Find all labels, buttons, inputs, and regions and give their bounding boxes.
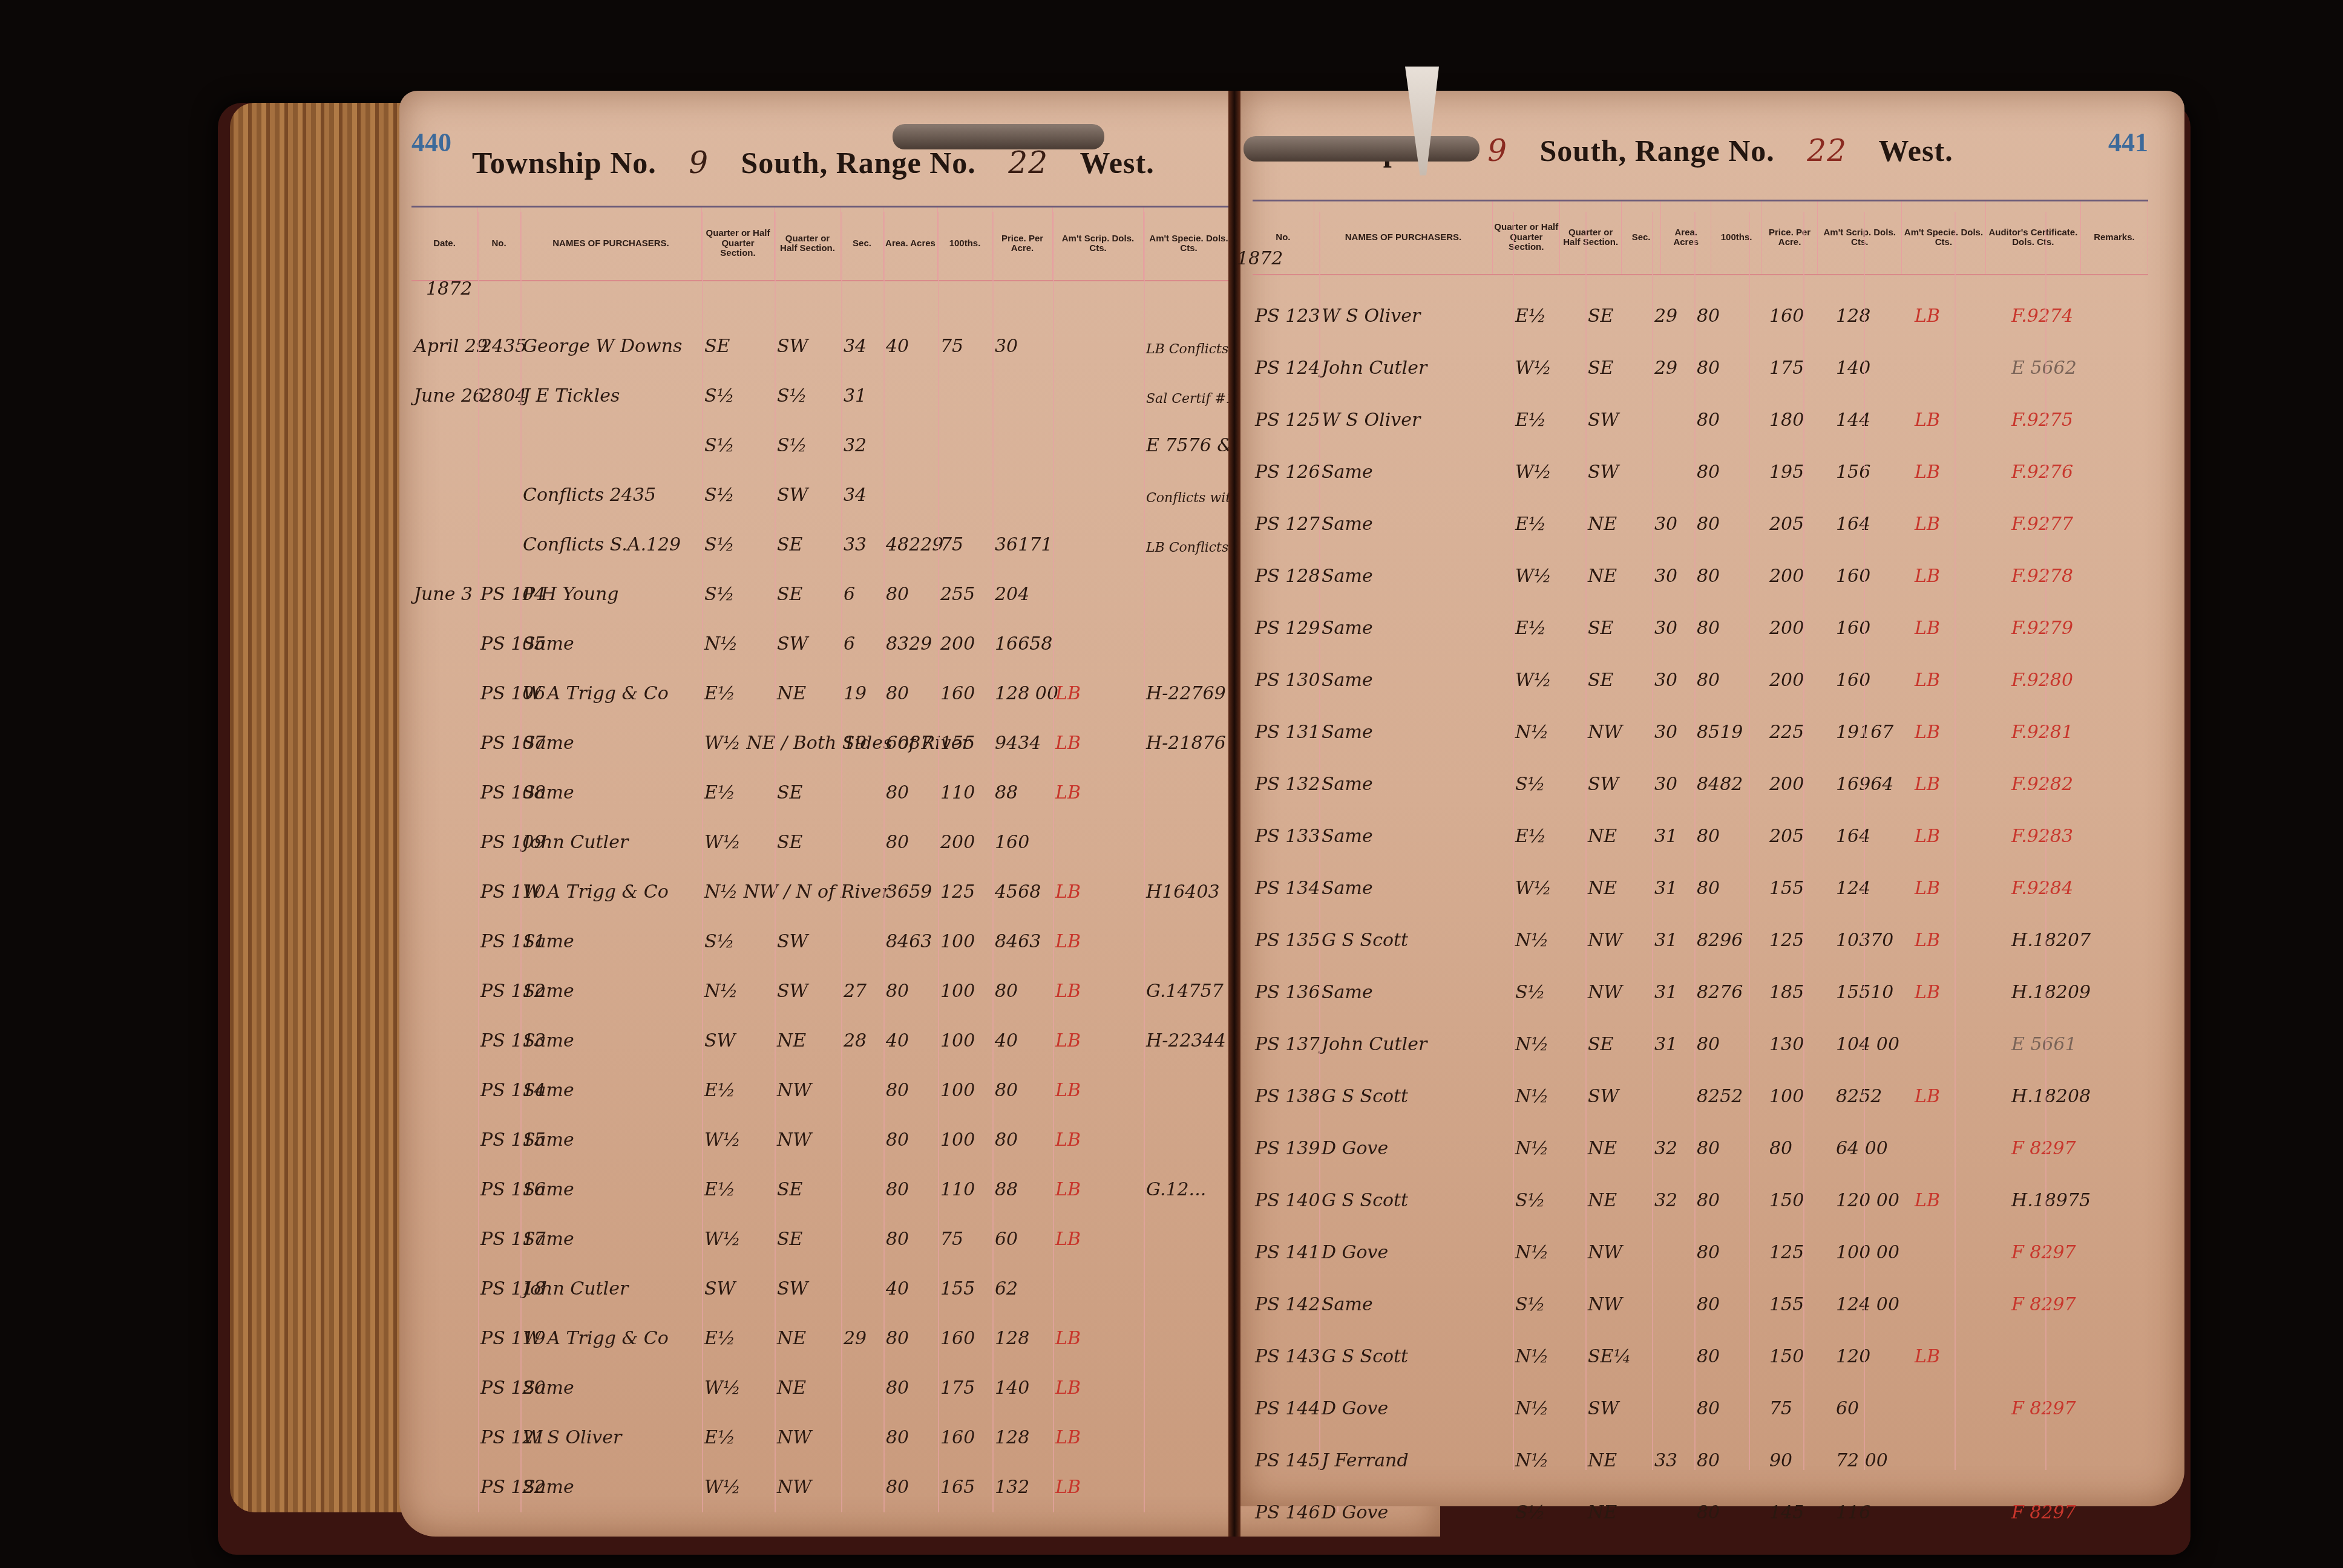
cell-name: D Gove [1319,1242,1513,1263]
cell-qq: S½ [702,534,775,555]
ledger-row: PS 145J FerrandN½NE33809072 00 [1253,1423,2130,1471]
cell-no: PS 135 [1253,930,1319,951]
cell-name: Same [1319,462,1513,483]
cell-name: Same [1319,878,1513,899]
cell-q: NW [1585,722,1652,743]
cell-specie: LB [1912,566,2009,587]
cell-no: PS 144 [1253,1398,1319,1419]
cell-price: 200 [1767,670,1833,691]
cell-no: PS 145 [1253,1450,1319,1471]
column-rule [992,212,994,1512]
cell-acres: 80 [1694,1346,1767,1367]
cell-price: 125 [938,881,992,903]
cell-no: PS 107 [478,733,520,754]
cell-remarks: F 8297 [2009,1138,2130,1159]
cell-specie: LB [1912,930,2009,951]
cell-qq: E½ [1513,618,1585,639]
column-rule [702,212,703,1512]
range-value: 22 [1008,145,1048,180]
cell-qq: W½ [702,1377,775,1399]
column-header: Sec. [841,207,883,280]
cell-qq: N½ [702,633,775,655]
cell-no: PS 133 [1253,826,1319,847]
cell-sec: 6 [841,633,883,655]
cell-sec: 28 [841,1030,883,1051]
cell-q: SE [775,534,841,555]
cell-q: NE [1585,1502,1652,1523]
ledger-row: PS 146D GoveS½NE80145116F 8297 [1253,1475,2130,1523]
cell-qq: SE [702,336,775,357]
column-header: Area. Acres [1661,201,1711,274]
cell-specie: LB [1912,982,2009,1003]
column-rule [1864,212,1865,1470]
cell-q: S½ [775,435,841,456]
cell-scrip: 144 [1833,410,1912,431]
cell-specie: LB [1912,826,2009,847]
page-edges-left [230,103,411,1512]
ribbon-bookmark-left [893,124,1104,149]
cell-sec: 19 [841,733,883,754]
cell-price: 100 [1767,1086,1833,1107]
ledger-row: PS 139D GoveN½NE32808064 00F 8297 [1253,1111,2130,1159]
cell-acres: 80 [883,1080,938,1101]
cell-q: SW [1585,1398,1652,1419]
township-value: 9 [1487,133,1507,168]
cell-name: Same [1319,1294,1513,1315]
right-page: 441 Township No. 9 South, Range No. 22 W… [1240,91,2184,1506]
cell-qq: S½ [1513,1190,1585,1211]
cell-sec: 31 [1652,878,1694,899]
cell-name: W S Oliver [1319,410,1513,431]
cell-qq: S½ [1513,1294,1585,1315]
cell-q: NE [1585,514,1652,535]
cell-scrip: 128 00 [992,683,1053,704]
cell-scrip: 128 [1833,305,1912,327]
cell-scrip: 60 [1833,1398,1912,1419]
column-rule [1749,212,1750,1470]
column-header: Auditor's Certificate. Dols. Cts. [1986,201,2081,274]
cell-name: G S Scott [1319,1190,1513,1211]
cell-remarks: F.9281 [2009,722,2130,743]
cell-q: S½ [775,385,841,407]
cell-name: Same [1319,618,1513,639]
cell-qq: W½ [702,832,775,853]
cell-q: SE [1585,358,1652,379]
cell-specie: LB [1912,1190,2009,1211]
cell-name: Same [520,1129,702,1151]
cell-specie: LB [1912,618,2009,639]
cell-no: PS 125 [1253,410,1319,431]
column-header: Quarter or Half Section. [775,207,841,280]
cell-q: NE [1585,1138,1652,1159]
cell-no: PS 109 [478,832,520,853]
cell-specie: LB [1912,774,2009,795]
ledger-row: PS 143G S ScottN½SE¼80150120LB [1253,1319,2130,1367]
cell-price: 200 [1767,618,1833,639]
cell-acres: 80 [883,1328,938,1349]
cell-specie: LB [1053,931,1144,952]
cell-acres: 6087 [883,733,938,754]
cell-name: Same [1319,982,1513,1003]
cell-scrip: 124 00 [1833,1294,1912,1315]
cell-qq: W½ [1513,462,1585,483]
cell-sec: 32 [1652,1190,1694,1211]
cell-date: April 29 [411,336,478,357]
cell-specie: LB [1912,410,2009,431]
cell-remarks: H.18209 [2009,982,2130,1003]
cell-price: 75 [938,534,992,555]
cell-scrip: 8463 [992,931,1053,952]
cell-name: John Cutler [520,832,702,853]
cell-price: 205 [1767,826,1833,847]
cell-remarks: H.18208 [2009,1086,2130,1107]
cell-specie: LB [1053,1328,1144,1349]
column-rule [1585,212,1587,1470]
ledger-book: 440 Township No. 9 South, Range No. 22 W… [218,67,2191,1555]
column-rule [520,212,522,1512]
cell-acres: 40 [883,336,938,357]
cell-q: SW [775,336,841,357]
cell-acres: 48229 [883,534,938,555]
column-header: Area. Acres [883,207,938,280]
cell-scrip: 80 [992,981,1053,1002]
cell-name: Same [1319,514,1513,535]
cell-acres: 80 [1694,826,1767,847]
cell-qq: S½ [702,485,775,506]
column-rule [775,212,776,1512]
ledger-row: PS 141D GoveN½NW80125100 00F 8297 [1253,1215,2130,1263]
cell-price: 175 [938,1377,992,1399]
cell-cert: E 7576 & Sk ... [1144,435,1234,456]
cell-price: 160 [938,683,992,704]
cell-no: PS 136 [1253,982,1319,1003]
cell-specie: LB [1053,683,1144,704]
cell-q: NE [775,1377,841,1399]
ledger-row: PS 129SameE½SE3080200160LBF.9279 [1253,590,2130,639]
column-rule [841,212,842,1512]
cell-name: Same [520,782,702,803]
cell-price: 125 [1767,1242,1833,1263]
cell-acres: 80 [1694,618,1767,639]
column-header: Am't Scrip. Dols. Cts. [1818,201,1902,274]
cell-no: PS 112 [478,981,520,1002]
cell-scrip: 204 [992,584,1053,605]
cell-specie: LB [1053,1179,1144,1200]
cell-qq: N½ NW / N of River [702,881,775,903]
ledger-row: PS 130SameW½SE3080200160LBF.9280 [1253,642,2130,691]
column-rule [1053,212,1054,1512]
cell-price: 155 [1767,1294,1833,1315]
cell-q: SE [1585,618,1652,639]
page-number: 440 [411,127,451,158]
cell-sec: 31 [1652,982,1694,1003]
cell-name: Same [520,931,702,952]
cell-qq: SW [702,1030,775,1051]
cell-remarks: H.18207 [2009,930,2130,951]
cell-name: D Gove [1319,1398,1513,1419]
cell-no: PS 111 [478,931,520,952]
cell-price: 200 [938,832,992,853]
cell-qq: E½ [1513,826,1585,847]
cell-price: 155 [1767,878,1833,899]
cell-remarks: F.9278 [2009,566,2130,587]
cell-q: SE [775,584,841,605]
cell-q: NE [1585,1450,1652,1471]
cell-sec: 29 [841,1328,883,1349]
cell-name: Same [1319,774,1513,795]
cell-cert: Conflicts with ... Refunding 199 for SE … [1144,491,1234,506]
cell-acres: 80 [883,1229,938,1250]
cell-scrip: 40 [992,1030,1053,1051]
cell-q: NW [775,1427,841,1448]
cell-no: PS 110 [478,881,520,903]
cell-q: SW [775,981,841,1002]
cell-price: 100 [938,1030,992,1051]
cell-qq: N½ [1513,1450,1585,1471]
cell-name: Same [520,1080,702,1101]
cell-scrip: 8252 [1833,1086,1912,1107]
cell-scrip: 160 [992,832,1053,853]
cell-q: NW [775,1477,841,1498]
cell-qq: W½ [702,1129,775,1151]
cell-name: Same [520,1030,702,1051]
ledger-row: PS 124John CutlerW½SE2980175140E 5662 [1253,330,2130,379]
cell-scrip: 128 [992,1427,1053,1448]
cell-no: PS 130 [1253,670,1319,691]
cell-name: D Gove [1319,1502,1513,1523]
cell-name: Same [520,1179,702,1200]
cell-price: 125 [1767,930,1833,951]
cell-qq: N½ [1513,722,1585,743]
cell-price: 205 [1767,514,1833,535]
column-header-row: No.NAMES OF PURCHASERS.Quarter or Half Q… [1253,200,2148,275]
column-header: Date. [411,207,478,280]
cell-name: John Cutler [1319,358,1513,379]
cell-acres: 80 [1694,410,1767,431]
cell-price: 200 [938,633,992,655]
cell-remarks: E 5661 [2009,1034,2130,1055]
cell-qq: E½ [702,1328,775,1349]
cell-name: W A Trigg & Co [520,1328,702,1349]
ledger-row: PS 123W S OliverE½SE2980160128LBF.9274 [1253,278,2130,327]
cell-name: W S Oliver [520,1427,702,1448]
ledger-row: PS 138G S ScottN½SW82521008252LBH.18208 [1253,1059,2130,1107]
cell-scrip: 36171 [992,534,1053,555]
cell-specie: LB [1912,878,2009,899]
cell-acres: 80 [1694,358,1767,379]
cell-price: 225 [1767,722,1833,743]
cell-remarks: F 8297 [2009,1398,2130,1419]
cell-specie: LB [1912,305,2009,327]
column-header: 100ths. [1711,201,1761,274]
cell-price: 195 [1767,462,1833,483]
cell-acres: 80 [883,1477,938,1498]
cell-sec: 34 [841,336,883,357]
cell-q: NW [1585,1242,1652,1263]
cell-acres: 80 [1694,566,1767,587]
cell-scrip: 64 00 [1833,1138,1912,1159]
cell-name: G S Scott [1319,930,1513,951]
cell-no: PS 140 [1253,1190,1319,1211]
cell-qq: S½ [702,931,775,952]
cell-specie: LB [1053,782,1144,803]
cell-acres: 40 [883,1030,938,1051]
cell-qq: E½ [702,1080,775,1101]
ledger-row: PS 135G S ScottN½NW31829612510370LBH.182… [1253,903,2130,951]
west-label: West. [1879,134,1953,168]
cell-remarks: F.9284 [2009,878,2130,899]
cell-acres: 80 [1694,670,1767,691]
cell-price: 75 [938,336,992,357]
cell-price: 100 [938,981,992,1002]
cell-q: SE [775,1179,841,1200]
cell-price: 160 [1767,305,1833,327]
cell-price: 160 [938,1328,992,1349]
cell-remarks: F 8297 [2009,1242,2130,1263]
column-rule [938,212,939,1512]
cell-no: PS 146 [1253,1502,1319,1523]
cell-q: NW [775,1129,841,1151]
cell-no: 2804 [478,385,520,407]
cell-sec: 29 [1652,358,1694,379]
cell-no: PS 104 [478,584,520,605]
cell-no: PS 117 [478,1229,520,1250]
cell-specie: LB [1053,881,1144,903]
column-rule [1694,212,1696,1470]
cell-specie: LB [1053,1427,1144,1448]
cell-no: PS 126 [1253,462,1319,483]
cell-q: SE [775,832,841,853]
cell-acres: 80 [1694,462,1767,483]
column-header: Sec. [1622,201,1661,274]
cell-price: 200 [1767,566,1833,587]
cell-no: PS 128 [1253,566,1319,587]
ledger-row: PS 144D GoveN½SW807560F 8297 [1253,1371,2130,1419]
cell-remarks: F.9277 [2009,514,2130,535]
cell-name: George W Downs [520,336,702,357]
cell-name: J Ferrand [1319,1450,1513,1471]
cell-no: PS 142 [1253,1294,1319,1315]
cell-remarks: F 8297 [2009,1294,2130,1315]
cell-no: PS 121 [478,1427,520,1448]
range-label: South, Range No. [1540,134,1775,168]
column-rule [1652,212,1653,1470]
cell-qq: W½ [702,1477,775,1498]
cell-remarks: F.9275 [2009,410,2130,431]
cell-specie: LB [1912,514,2009,535]
cell-name: Conflicts 2435 [520,485,702,506]
cell-qq: SW [702,1278,775,1299]
cell-scrip: 30 [992,336,1053,357]
cell-no: PS 114 [478,1080,520,1101]
cell-scrip: 9434 [992,733,1053,754]
cell-q: NE [775,1030,841,1051]
cell-no: PS 134 [1253,878,1319,899]
cell-price: 130 [1767,1034,1833,1055]
cell-scrip: 4568 [992,881,1053,903]
cell-qq: N½ [1513,1398,1585,1419]
cell-sec: 32 [841,435,883,456]
cell-acres: 80 [883,782,938,803]
cell-name: Same [520,1229,702,1250]
cell-qq: S½ [1513,1502,1585,1523]
cell-q: NE [775,683,841,704]
cell-acres: 80 [1694,1398,1767,1419]
cell-remarks: E 5662 [2009,358,2130,379]
cell-q: NW [775,1080,841,1101]
cell-sec: 31 [841,385,883,407]
cell-scrip: 120 00 [1833,1190,1912,1211]
cell-q: NW [1585,1294,1652,1315]
cell-qq: W½ [1513,358,1585,379]
cell-acres: 80 [1694,1450,1767,1471]
cell-qq: S½ [1513,774,1585,795]
cell-q: SW [775,931,841,952]
cell-specie: LB [1912,722,2009,743]
cell-name: John Cutler [1319,1034,1513,1055]
cell-name: P H Young [520,584,702,605]
cell-qq: E½ [702,683,775,704]
year-label: 1872 [1234,248,1285,269]
cell-specie: LB [1053,1030,1144,1051]
cell-qq: N½ [1513,930,1585,951]
cell-acres: 80 [1694,514,1767,535]
cell-price: 200 [1767,774,1833,795]
cell-no: PS 131 [1253,722,1319,743]
ledger-row: PS 142SameS½NW80155124 00F 8297 [1253,1267,2130,1315]
cell-scrip: 15510 [1833,982,1912,1003]
cell-cert: Sal Certif #1087 ... 1875 E 7576 [1144,391,1234,407]
cell-scrip: 100 00 [1833,1242,1912,1263]
cell-acres: 80 [1694,1242,1767,1263]
cell-price: 80 [1767,1138,1833,1159]
cell-price: 150 [1767,1346,1833,1367]
cell-sec: 30 [1652,618,1694,639]
cell-acres: 80 [883,1129,938,1151]
cell-cert: H-22344 [1144,1030,1234,1051]
cell-name: W S Oliver [1319,305,1513,327]
cell-no: PS 116 [478,1179,520,1200]
cell-q: SW [775,1278,841,1299]
cell-qq: W½ [1513,566,1585,587]
cell-name: Same [1319,722,1513,743]
cell-q: NW [1585,930,1652,951]
cell-cert: H-22769 [1144,683,1234,704]
cell-q: SW [775,485,841,506]
cell-q: SE [1585,305,1652,327]
cell-name: Same [520,633,702,655]
cell-scrip: 160 [1833,566,1912,587]
cell-specie: LB [1053,1080,1144,1101]
cell-price: 145 [1767,1502,1833,1523]
cell-acres: 80 [883,832,938,853]
township-label: Township No. [472,146,657,180]
cell-scrip: 80 [992,1129,1053,1151]
cell-no: PS 119 [478,1328,520,1349]
cell-qq: E½ [1513,514,1585,535]
cell-scrip: 16658 [992,633,1053,655]
cell-acres: 80 [883,981,938,1002]
ledger-row: PS 132SameS½SW30848220016964LBF.9282 [1253,746,2130,795]
column-header: Quarter or Half Quarter Section. [702,207,775,280]
cell-scrip: 164 [1833,826,1912,847]
cell-q: SW [1585,462,1652,483]
cell-sec: 31 [1652,930,1694,951]
column-header: NAMES OF PURCHASERS. [520,207,702,280]
township-value: 9 [689,145,709,180]
cell-specie: LB [1053,1129,1144,1151]
cell-price: 75 [1767,1398,1833,1419]
